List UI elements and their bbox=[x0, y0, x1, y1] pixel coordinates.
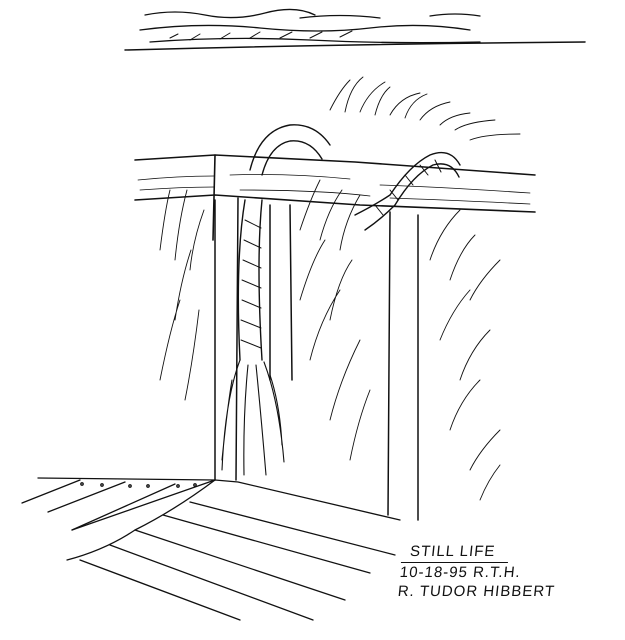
artist-signature: R. TUDOR HIBBERT bbox=[397, 582, 556, 601]
artist-caption: STILL LIFE 10-18-95 R.T.H. R. TUDOR HIBB… bbox=[397, 542, 560, 601]
rope-right bbox=[355, 153, 460, 230]
rope-left bbox=[222, 125, 330, 475]
top-sketch-strip bbox=[125, 9, 585, 50]
boardwalk bbox=[22, 478, 400, 620]
date-initials: 10-18-95 R.T.H. bbox=[399, 563, 558, 582]
grass-hatching bbox=[160, 77, 520, 500]
artwork-title: STILL LIFE bbox=[401, 542, 511, 563]
railing-beam bbox=[135, 155, 535, 240]
railing-posts bbox=[215, 198, 418, 520]
